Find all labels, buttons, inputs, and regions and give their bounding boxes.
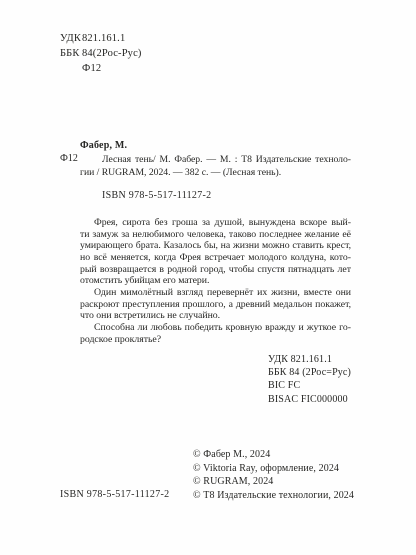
biblio-line: гии / RUGRAM, 2024. — 382 с. — (Лесная т… (80, 166, 351, 179)
biblio-line: Лесная тень/ М. Фабер. — М. : Т8 Издател… (80, 153, 351, 166)
biblio-author: Фабер, М. (80, 140, 127, 151)
copyright-line: © Т8 Издательские технологии, 2024 (193, 489, 354, 503)
author-sign: Ф12 (60, 61, 142, 76)
annotation-line: отомстить убийцам его матери. (80, 275, 351, 287)
annotation-line: умирающего брата. Казалось бы, на жизни … (80, 240, 351, 252)
classification-line: BIC FC (268, 379, 351, 392)
annotation-line: Фрея, сирота без гроша за душой, вынужде… (80, 217, 351, 229)
biblio-index: Ф12 (60, 153, 78, 164)
copyright-line: © RUGRAM, 2024 (193, 475, 354, 489)
annotation-line: родское проклятье? (80, 334, 351, 346)
annotation-line: ти замуж за нелюбимого человека, таково … (80, 229, 351, 241)
copyright-block: © Фабер М., 2024© Viktoria Ray, оформлен… (193, 448, 354, 503)
classification-line: УДК 821.161.1 (268, 353, 351, 366)
annotation-line: что они встретились не случайно. (80, 310, 351, 322)
annotation-line: рый возвращается в родной город, чтобы с… (80, 264, 351, 276)
biblio-isbn: ISBN 978-5-517-11127-2 (102, 190, 211, 201)
annotation-line: раскроют преступления прошлого, а древни… (80, 299, 351, 311)
annotation-line: Способна ли любовь победить кровную враж… (80, 322, 351, 334)
copyright-page: УДК 821.161.1 ББК 84(2Рос-Рус) Ф12 Фабер… (0, 0, 416, 555)
bbk-label: ББК (60, 46, 82, 61)
bbk-value: 84(2Рос-Рус) (82, 46, 142, 61)
classification-line: ББК 84 (2Рос=Рус) (268, 366, 351, 379)
annotation-line: но всё меняется, когда Фрея встречает мо… (80, 252, 351, 264)
annotation-line: Один мимолётный взгляд перевернёт их жиз… (80, 287, 351, 299)
copyright-line: © Фабер М., 2024 (193, 448, 354, 462)
biblio-description: Лесная тень/ М. Фабер. — М. : Т8 Издател… (80, 153, 351, 179)
annotation-text: Фрея, сирота без гроша за душой, вынужде… (80, 217, 351, 345)
copyright-line: © Viktoria Ray, оформление, 2024 (193, 462, 354, 476)
classification-block: УДК 821.161.1 ББК 84(2Рос-Рус) Ф12 (60, 31, 142, 76)
classification-block-bottom: УДК 821.161.1ББК 84 (2Рос=Рус)BIC FCBISA… (268, 353, 351, 406)
udk-label: УДК (60, 31, 82, 46)
footer-isbn: ISBN 978-5-517-11127-2 (60, 489, 169, 500)
udk-value: 821.161.1 (82, 31, 125, 46)
udk-row: УДК 821.161.1 (60, 31, 142, 46)
classification-line: BISAC FIC000000 (268, 393, 351, 406)
bbk-row: ББК 84(2Рос-Рус) (60, 46, 142, 61)
